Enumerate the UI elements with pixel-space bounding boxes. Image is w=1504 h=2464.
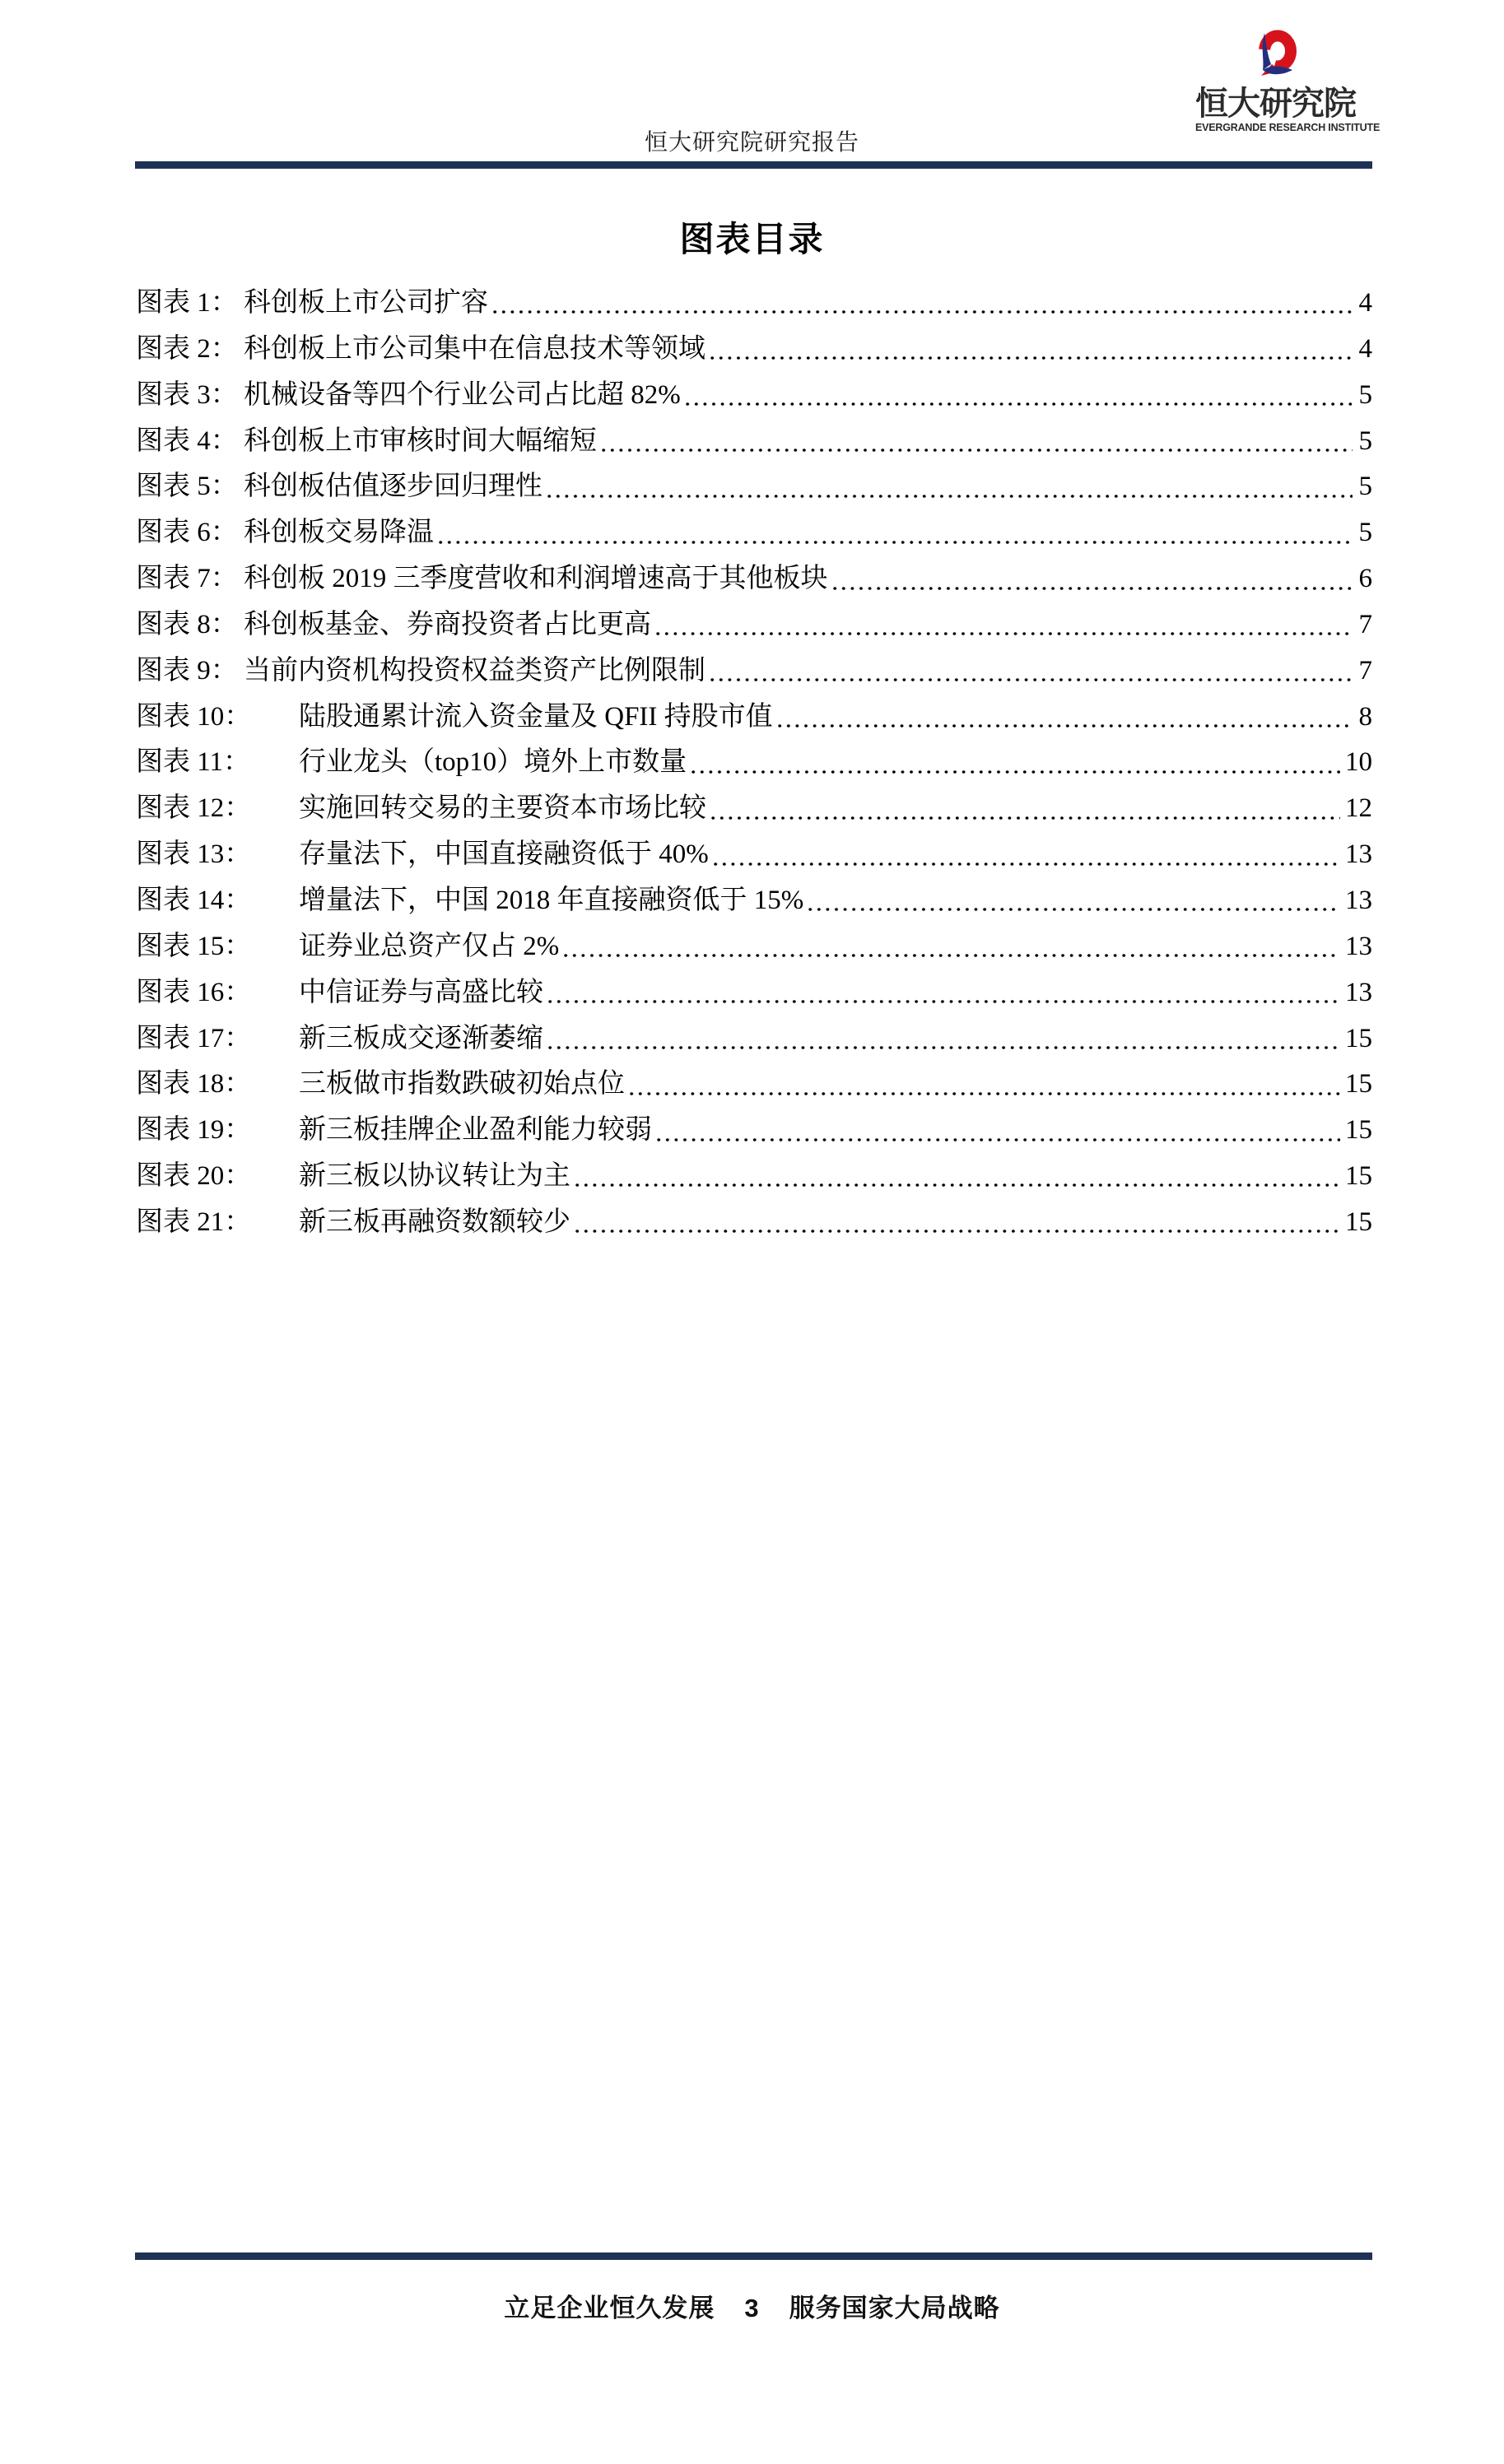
dot-leader [714, 832, 1340, 878]
footer-motto: 立足企业恒久发展 3 服务国家大局战略 [0, 2287, 1504, 2324]
toc-entry-page: 13 [1345, 924, 1372, 970]
toc-entry-title: 新三板再融资数额较少 [299, 1200, 570, 1246]
toc-entry[interactable]: 图表 15：证券业总资产仅占 2%13 [136, 924, 1372, 970]
toc-entry-page: 5 [1357, 510, 1372, 556]
toc-entry-title: 科创板估值逐步回归理性 [244, 464, 542, 510]
toc-entry-title: 新三板成交逐渐萎缩 [299, 1016, 543, 1062]
toc-entry[interactable]: 图表 17：新三板成交逐渐萎缩15 [136, 1016, 1372, 1062]
toc-entry-title: 三板做市指数跌破初始点位 [299, 1062, 625, 1108]
footer-motto-right: 服务国家大局战略 [789, 2287, 1000, 2324]
toc-entry-page: 12 [1345, 786, 1372, 832]
dot-leader [575, 1200, 1340, 1246]
toc-entry-label: 图表 15： [136, 924, 299, 970]
toc-entry-title: 增量法下，中国 2018 年直接融资低于 15% [299, 878, 803, 924]
toc-entry-page: 4 [1357, 281, 1372, 327]
evergrande-logo: 恒大研究院 EVERGRANDE RESEARCH INSTITUTE [1195, 30, 1353, 133]
toc-entry-label: 图表 2： [136, 327, 244, 373]
toc-entry-title: 行业龙头（top10）境外上市数量 [299, 740, 687, 786]
toc-entry-title: 科创板 2019 三季度营收和利润增速高于其他板块 [244, 556, 828, 602]
toc-entry-title: 科创板基金、券商投资者占比更高 [244, 602, 651, 649]
toc-entry-title: 科创板上市公司扩容 [244, 281, 488, 327]
toc-entry-title: 新三板以协议转让为主 [299, 1154, 570, 1200]
dot-leader [657, 1108, 1340, 1154]
toc-entry-page: 5 [1357, 373, 1372, 419]
toc-entry-page: 6 [1357, 556, 1372, 602]
toc-entry-label: 图表 4： [136, 419, 244, 465]
toc-entry-label: 图表 13： [136, 832, 299, 878]
toc-entry-page: 15 [1345, 1154, 1372, 1200]
toc-entry[interactable]: 图表 8：科创板基金、券商投资者占比更高7 [136, 602, 1372, 649]
dot-leader [808, 878, 1340, 924]
toc-entry[interactable]: 图表 10：陆股通累计流入资金量及 QFII 持股市值8 [136, 695, 1372, 741]
toc-entry[interactable]: 图表 2：科创板上市公司集中在信息技术等领域4 [136, 327, 1372, 373]
toc-entry-title: 中信证券与高盛比较 [299, 970, 543, 1016]
dot-leader [548, 1016, 1340, 1062]
toc-entry-page: 13 [1345, 832, 1372, 878]
toc-entry-page: 13 [1345, 970, 1372, 1016]
toc-entry-title: 陆股通累计流入资金量及 QFII 持股市值 [299, 695, 773, 741]
dot-leader [548, 970, 1340, 1016]
toc-entry-page: 5 [1357, 464, 1372, 510]
toc-entry-page: 15 [1345, 1062, 1372, 1108]
footer-divider [135, 2252, 1372, 2260]
toc-entry-label: 图表 6： [136, 510, 244, 556]
toc-entry-title: 当前内资机构投资权益类资产比例限制 [244, 649, 705, 695]
toc-list: 图表 1：科创板上市公司扩容4图表 2：科创板上市公司集中在信息技术等领域4图表… [136, 281, 1372, 1246]
toc-entry[interactable]: 图表 9：当前内资机构投资权益类资产比例限制7 [136, 649, 1372, 695]
toc-entry-page: 15 [1345, 1200, 1372, 1246]
footer-motto-left: 立足企业恒久发展 [504, 2287, 715, 2324]
toc-entry-title: 证券业总资产仅占 2% [299, 924, 559, 970]
toc-entry-title: 机械设备等四个行业公司占比超 82% [244, 373, 681, 419]
toc-entry-page: 10 [1345, 740, 1372, 786]
toc-entry-title: 科创板上市公司集中在信息技术等领域 [244, 327, 705, 373]
toc-entry-label: 图表 9： [136, 649, 244, 695]
toc-entry-label: 图表 17： [136, 1016, 299, 1062]
toc-entry[interactable]: 图表 7：科创板 2019 三季度营收和利润增速高于其他板块6 [136, 556, 1372, 602]
toc-entry-title: 存量法下，中国直接融资低于 40% [299, 832, 709, 878]
toc-entry[interactable]: 图表 14：增量法下，中国 2018 年直接融资低于 15%13 [136, 878, 1372, 924]
toc-entry-page: 15 [1345, 1016, 1372, 1062]
toc-entry-label: 图表 1： [136, 281, 244, 327]
toc-entry-label: 图表 20： [136, 1154, 299, 1200]
dot-leader [833, 556, 1353, 602]
toc-entry-label: 图表 14： [136, 878, 299, 924]
dot-leader [575, 1154, 1340, 1200]
toc-entry[interactable]: 图表 11：行业龙头（top10）境外上市数量10 [136, 740, 1372, 786]
toc-entry-title: 实施回转交易的主要资本市场比较 [299, 786, 706, 832]
dot-leader [711, 786, 1340, 832]
dot-leader [630, 1062, 1340, 1108]
toc-entry[interactable]: 图表 13：存量法下，中国直接融资低于 40%13 [136, 832, 1372, 878]
logo-name-cn: 恒大研究院 [1195, 87, 1353, 121]
header-divider [135, 161, 1372, 169]
toc-entry-title: 新三板挂牌企业盈利能力较弱 [299, 1108, 652, 1154]
dot-leader [439, 510, 1353, 556]
footer-page-number: 3 [744, 2294, 759, 2323]
document-page: 恒大研究院研究报告 恒大研究院 EVERGRANDE RESEARCH INST… [0, 0, 1504, 2464]
toc-entry-page: 4 [1357, 327, 1372, 373]
toc-entry-page: 5 [1357, 419, 1372, 465]
toc-entry-label: 图表 19： [136, 1108, 299, 1154]
toc-entry-page: 8 [1357, 695, 1372, 741]
dot-leader [686, 373, 1353, 419]
dot-leader [602, 419, 1353, 465]
toc-entry-label: 图表 21： [136, 1200, 299, 1246]
toc-entry-label: 图表 11： [136, 740, 299, 786]
toc-entry[interactable]: 图表 19：新三板挂牌企业盈利能力较弱15 [136, 1108, 1372, 1154]
dot-leader [710, 649, 1353, 695]
toc-entry[interactable]: 图表 5：科创板估值逐步回归理性5 [136, 464, 1372, 510]
toc-entry-page: 7 [1357, 602, 1372, 649]
toc-entry[interactable]: 图表 6：科创板交易降温5 [136, 510, 1372, 556]
toc-entry-title: 科创板上市审核时间大幅缩短 [244, 419, 597, 465]
toc-entry-label: 图表 7： [136, 556, 244, 602]
toc-entry-page: 7 [1357, 649, 1372, 695]
toc-entry[interactable]: 图表 1：科创板上市公司扩容4 [136, 281, 1372, 327]
dot-leader [710, 327, 1353, 373]
toc-entry-label: 图表 5： [136, 464, 244, 510]
dot-leader [547, 464, 1353, 510]
toc-entry-page: 15 [1345, 1108, 1372, 1154]
evergrande-logo-icon [1250, 30, 1298, 86]
dot-leader [564, 924, 1340, 970]
toc-entry-title: 科创板交易降温 [244, 510, 434, 556]
dot-leader [493, 281, 1353, 327]
dot-leader [691, 740, 1340, 786]
dot-leader [656, 602, 1353, 649]
toc-entry-label: 图表 8： [136, 602, 244, 649]
toc-entry[interactable]: 图表 3：机械设备等四个行业公司占比超 82%5 [136, 373, 1372, 419]
toc-entry-label: 图表 12： [136, 786, 299, 832]
toc-entry-label: 图表 10： [136, 695, 299, 741]
toc-entry[interactable]: 图表 12：实施回转交易的主要资本市场比较12 [136, 786, 1372, 832]
toc-entry[interactable]: 图表 16：中信证券与高盛比较13 [136, 970, 1372, 1016]
toc-entry[interactable]: 图表 4：科创板上市审核时间大幅缩短5 [136, 419, 1372, 465]
toc-entry-label: 图表 16： [136, 970, 299, 1016]
toc-entry[interactable]: 图表 20：新三板以协议转让为主15 [136, 1154, 1372, 1200]
toc-entry-page: 13 [1345, 878, 1372, 924]
toc-entry-label: 图表 3： [136, 373, 244, 419]
page-title: 图表目录 [0, 212, 1504, 262]
toc-entry[interactable]: 图表 18：三板做市指数跌破初始点位15 [136, 1062, 1372, 1108]
dot-leader [778, 695, 1353, 741]
logo-name-en: EVERGRANDE RESEARCH INSTITUTE [1195, 122, 1353, 133]
toc-entry-label: 图表 18： [136, 1062, 299, 1108]
toc-entry[interactable]: 图表 21：新三板再融资数额较少15 [136, 1200, 1372, 1246]
